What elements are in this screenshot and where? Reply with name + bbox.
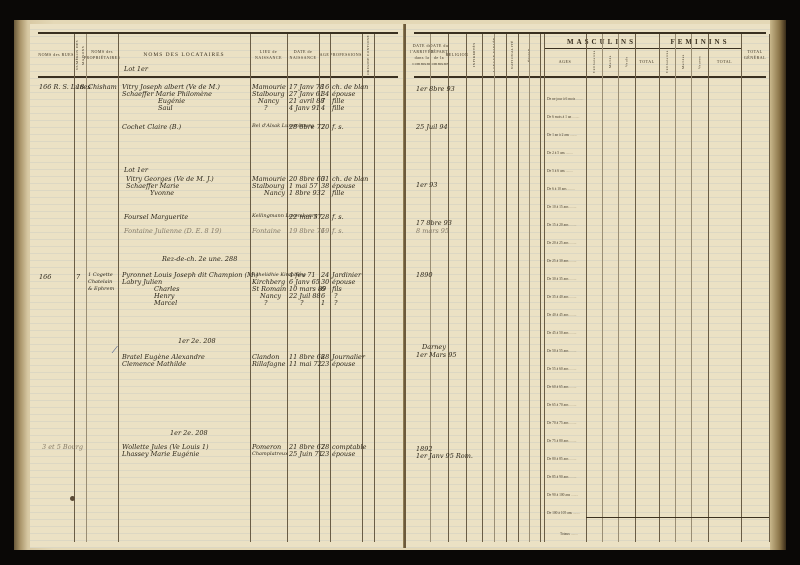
book-page-edge <box>770 20 786 550</box>
entry-2-row-4-prof: f. s. <box>332 214 344 221</box>
age-range-1: De 6 mois à 1 an <box>547 115 579 119</box>
subheader-m-total: TOTAL <box>635 48 659 76</box>
header-lieu: LIEU de NAISSANCE <box>250 34 287 76</box>
arrival-note-5: 8 mars 95 <box>416 228 449 235</box>
entry-1-row-5-age: 20 <box>321 124 329 131</box>
age-range-19: De 75 à 80 ans <box>547 439 576 443</box>
entry-2-row-4-name: Foursel Marguerite <box>124 214 188 221</box>
subheader-ages: AGES <box>544 48 586 76</box>
subheader-f-total: TOTAL <box>708 48 741 76</box>
entry-1-row-3-lieu: Nancy <box>258 98 279 105</box>
entry-1-row-5-prof: f. s. <box>332 124 344 131</box>
header-professions: PROFESSIONS <box>330 34 362 76</box>
entry-4-row-2-prof: épouse <box>332 361 355 368</box>
age-range-21: De 85 à 90 ans <box>547 475 576 479</box>
entry-2-row-3-date: 1 8bre 93 <box>289 190 321 197</box>
header-religion: RELIGION <box>448 34 466 76</box>
entry-5-row-2-age: 23 <box>321 451 329 458</box>
open-ledger-book: NOMS des RUES NUMÉROS DES MAISONS NOMS d… <box>14 20 786 550</box>
entry-1-row-5-date: 28 8bre 77 <box>289 124 325 131</box>
entry-2-row-4-age: 28 <box>321 214 329 221</box>
entry-3-rue: 166 <box>39 274 51 281</box>
lot-note: Lot 1er <box>124 66 148 73</box>
entry-4-row-2-age: 23 <box>321 361 329 368</box>
totals-divider <box>586 517 769 518</box>
age-range-16: De 60 à 65 ans <box>547 385 576 389</box>
entry-4-row-2-lieu: Rillafagne <box>252 361 285 368</box>
entry-3-row-4-date: 22 Juil 88 <box>289 293 321 300</box>
age-range-7: De 15 à 20 ans <box>547 223 576 227</box>
age-range-18: De 70 à 75 ans <box>547 421 576 425</box>
entry-3-row-5-lieu: ? <box>264 300 268 307</box>
header-date: DATE de NAISSANCE <box>287 34 319 76</box>
entry-1-row-4-prof: fille <box>332 105 344 112</box>
entry-1-row-5-name: Cochet Claire (B.) <box>122 124 181 131</box>
age-range-14: De 50 à 55 ans <box>547 349 576 353</box>
age-range-10: De 30 à 35 ans <box>547 277 576 281</box>
age-range-3: De 2 à 5 ans <box>547 151 573 155</box>
entry-5-rue: 3 et 5 Bourg <box>42 444 83 451</box>
subheader-m-maries: Mariés <box>602 48 618 76</box>
entry-2-row-3-lieu: Nancy <box>264 190 285 197</box>
age-range-15: De 55 à 60 ans <box>547 367 576 371</box>
entry-2-row-5-name: Fontaine Julienne (D. E. 8 19) <box>124 228 222 235</box>
age-range-2: De 1 an à 2 ans <box>547 133 577 137</box>
arrival-note-10: 1er Janv 95 Rom. <box>416 453 473 460</box>
left-page-grid: NOMS des RUES NUMÉROS DES MAISONS NOMS d… <box>38 32 398 542</box>
right-page: DATE de l'ARRIVÉE dans la commune DATE d… <box>406 24 772 548</box>
entry-3-row-5-name: Marcel <box>154 300 177 307</box>
entry-2-row-3-prof: fille <box>332 190 344 197</box>
entry-5-row-2-date: 25 Juin 71 <box>289 451 323 458</box>
entry-2-note: Lot 1er <box>124 167 148 174</box>
entry-5-row-2-name: Lhassey Marie Eugénie <box>122 451 199 458</box>
entry-4-checkmark: ⁄ <box>114 348 116 355</box>
entry-5-row-2-lieu: Champlatreux <box>252 451 288 458</box>
header-age: AGE <box>319 34 330 76</box>
entry-2-row-3-name: Yvonne <box>150 190 174 197</box>
entry-3-proprietaire: 1 Cogette Chatelain & Ephrem <box>88 272 118 293</box>
header-nom-rue: NOMS des RUES <box>38 34 74 76</box>
subheader-m-veufs: Veufs <box>618 48 635 76</box>
entry-5-row-1-lieu: Pomeron <box>252 444 281 451</box>
left-header-band: NOMS des RUES NUMÉROS DES MAISONS NOMS d… <box>38 34 398 78</box>
age-range-23: De 100 à 105 ans <box>547 511 580 515</box>
entry-3-row-5-age: 1 <box>321 300 325 307</box>
left-page: NOMS des RUES NUMÉROS DES MAISONS NOMS d… <box>30 24 405 548</box>
header-total-general: TOTAL GÉNÉRAL <box>741 34 769 76</box>
entry-1-proprietaire: Chisham <box>88 84 117 91</box>
arrival-note-2: 25 Juil 94 <box>416 124 448 131</box>
entry-2-row-5-age: 19 <box>321 228 329 235</box>
header-nationalite: NATIONALITÉ <box>506 34 518 76</box>
entry-5-row-2-prof: épouse <box>332 451 355 458</box>
age-range-0: De ne jour à 6 mois <box>547 97 583 101</box>
arrival-note-6: 1890 <box>416 272 433 279</box>
subheader-m-celibataires: Célibataires <box>586 48 602 76</box>
arrival-note-1: 1er 8bre 93 <box>416 86 455 93</box>
header-infirmites: INFIRMITÉS <box>466 34 482 76</box>
entry-3-row-5-date: ? <box>300 300 304 307</box>
right-page-grid: DATE de l'ARRIVÉE dans la commune DATE d… <box>414 32 766 542</box>
entry-4-row-2-name: Clemence Mathilde <box>122 361 186 368</box>
age-range-4: De 5 à 6 ans <box>547 169 573 173</box>
entry-2-row-5-prof: f. s. <box>332 228 344 235</box>
entry-2-row-5-lieu: Fontaine <box>252 228 281 235</box>
entry-1-row-4-date: 4 Janv 91 <box>289 105 320 112</box>
age-range-13: De 45 à 50 ans <box>547 331 576 335</box>
entry-3-row-5-prof: ? <box>334 300 338 307</box>
subheader-f-celibataires: Célibataires <box>659 48 675 76</box>
entry-2-row-3-age: 2 <box>321 190 325 197</box>
subheader-f-veuves: Veuves <box>691 48 708 76</box>
arrival-note-3: 1er 93 <box>416 182 437 189</box>
entry-2-row-4-date: 22 mai 57 <box>289 214 322 221</box>
entry-1-row-4-lieu: ? <box>264 105 268 112</box>
age-range-6: De 10 à 15 ans <box>547 205 576 209</box>
age-range-22: De 90 à 100 ans <box>547 493 578 497</box>
age-range-8: De 20 à 25 ans <box>547 241 576 245</box>
subheader-f-mariees: Mariées <box>675 48 691 76</box>
arrival-note-8: 1er Mars 95 <box>416 352 456 359</box>
binding-hole <box>70 496 75 501</box>
age-range-5: De 6 à 10 ans <box>547 187 575 191</box>
header-proprietaires: NOMS des PROPRIÉTAIRES <box>86 34 118 76</box>
entry-4-note: 1er 2e. 208 <box>178 338 216 345</box>
age-range-17: De 65 à 70 ans <box>547 403 576 407</box>
entry-3-num: 7 <box>76 274 80 281</box>
entry-4-row-2-date: 11 mai 72 <box>289 361 322 368</box>
entry-3-note: Rez-de-ch. 2e une. 288 <box>162 256 237 263</box>
entry-1-row-4-name: Saul <box>158 105 173 112</box>
arrival-note-4: 17 8bre 93 <box>416 220 452 227</box>
age-range-12: De 40 à 45 ans <box>547 313 576 317</box>
totals-label: Totaux <box>560 532 578 536</box>
header-origine: ORIGINE PONTOISE <box>362 34 374 76</box>
entry-2-row-5-date: 19 8bre 76 <box>289 228 325 235</box>
age-range-9: De 25 à 30 ans <box>547 259 576 263</box>
entry-1-num: 18 <box>76 84 84 91</box>
arrival-note-7: Darney <box>422 344 446 351</box>
age-range-11: De 35 à 40 ans <box>547 295 576 299</box>
entry-5-note: 1er 2e. 208 <box>170 430 208 437</box>
age-range-20: De 80 à 85 ans <box>547 457 576 461</box>
entry-1-row-4-age: 4 <box>321 105 325 112</box>
header-date-arrivee: DATE de l'ARRIVÉE dans la commune <box>414 34 430 76</box>
